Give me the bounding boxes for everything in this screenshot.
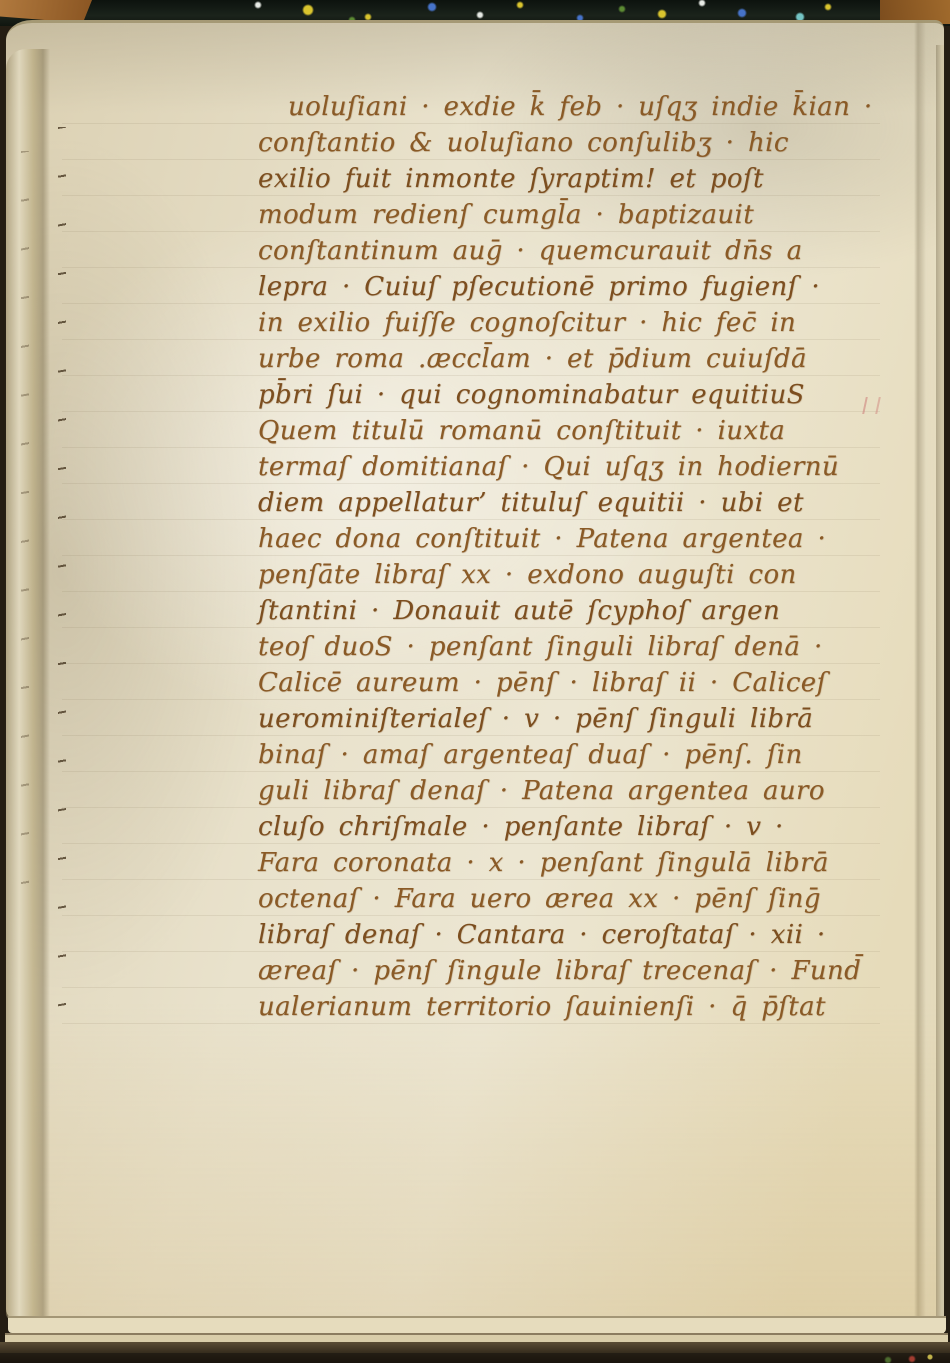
text-line: ualerianum territorio ſauinienſi · q̄ p̄…	[258, 989, 906, 1025]
text-line: modum redienſ cumgl̄a · baptizauit	[258, 197, 906, 233]
pricking-holes-inner	[58, 127, 66, 1039]
text-line: uerominiſterialeſ · v · pēnſ ſinguli lib…	[258, 701, 906, 737]
leaf-edge	[5, 1333, 948, 1342]
manuscript-text: uoluſiani · exdie k̄ feb · uſqʒ indie k̄…	[258, 89, 906, 1025]
text-line: guli libraſ denaſ · Patena argentea auro	[258, 773, 906, 809]
text-line: termaſ domitianaſ · Qui uſqʒ in hodiernū	[258, 449, 906, 485]
text-line: uoluſiani · exdie k̄ feb · uſqʒ indie k̄…	[288, 89, 906, 125]
page-stack-edges	[0, 1316, 950, 1363]
leaf-edge	[8, 1316, 946, 1333]
manuscript-photo: uoluſiani · exdie k̄ feb · uſqʒ indie k̄…	[0, 0, 950, 1363]
pricking-holes-outer	[21, 151, 29, 911]
text-line: penſāte libraſ xx · exdono auguſti con	[258, 557, 906, 593]
text-line: in exilio fuiſſe cognoſcitur · hic fec̄ …	[258, 305, 906, 341]
text-line: ſtantini · Donauit autē ſcyphoſ argen	[258, 593, 906, 629]
text-line: æreaſ · pēnſ ſingule libraſ trecenaſ · F…	[258, 953, 906, 989]
text-line: Fara coronata · x · penſant ſingulā libr…	[258, 845, 906, 881]
text-line: cluſo chriſmale · penſante libraſ · v ·	[258, 809, 906, 845]
text-line: libraſ denaſ · Cantara · ceroſtataſ · xi…	[258, 917, 906, 953]
text-line: octenaſ · Fara uero ærea xx · pēnſ ſinḡ	[258, 881, 906, 917]
text-line: Calicē aureum · pēnſ · libraſ ii · Calic…	[258, 665, 906, 701]
text-line: binaſ · amaſ argenteaſ duaſ · pēnſ. ſin	[258, 737, 906, 773]
text-line: teoſ duoS · penſant ſinguli libraſ denā …	[258, 629, 906, 665]
text-line: lepra · Cuiuſ pſecutionē primo fugienſ ·	[258, 269, 906, 305]
text-line: urbe roma .æccl̄am · et p̄dium cuiuſdā	[258, 341, 906, 377]
parchment-page: uoluſiani · exdie k̄ feb · uſqʒ indie k̄…	[6, 20, 944, 1321]
text-line: exilio fuit inmonte ſyraptim! et poſt	[258, 161, 906, 197]
text-block-edge	[0, 1342, 950, 1353]
page-right-edge	[936, 45, 944, 1339]
text-line: conſtantio & uoluſiano conſulibʒ · hic	[258, 125, 906, 161]
binding-bottom-edge	[0, 1353, 950, 1363]
text-line: conſtantinum auḡ · quemcurauit dn̄s a	[258, 233, 906, 269]
text-line: diem appellatur’ tituluſ equitii · ubi e…	[258, 485, 906, 521]
text-line: haec dona conſtituit · Patena argentea ·	[258, 521, 906, 557]
text-line: pb̄ri ſui · qui cognominabatur equitiuS	[258, 377, 906, 413]
text-line: Quem titulū romanū conſtituit · iuxta	[258, 413, 906, 449]
